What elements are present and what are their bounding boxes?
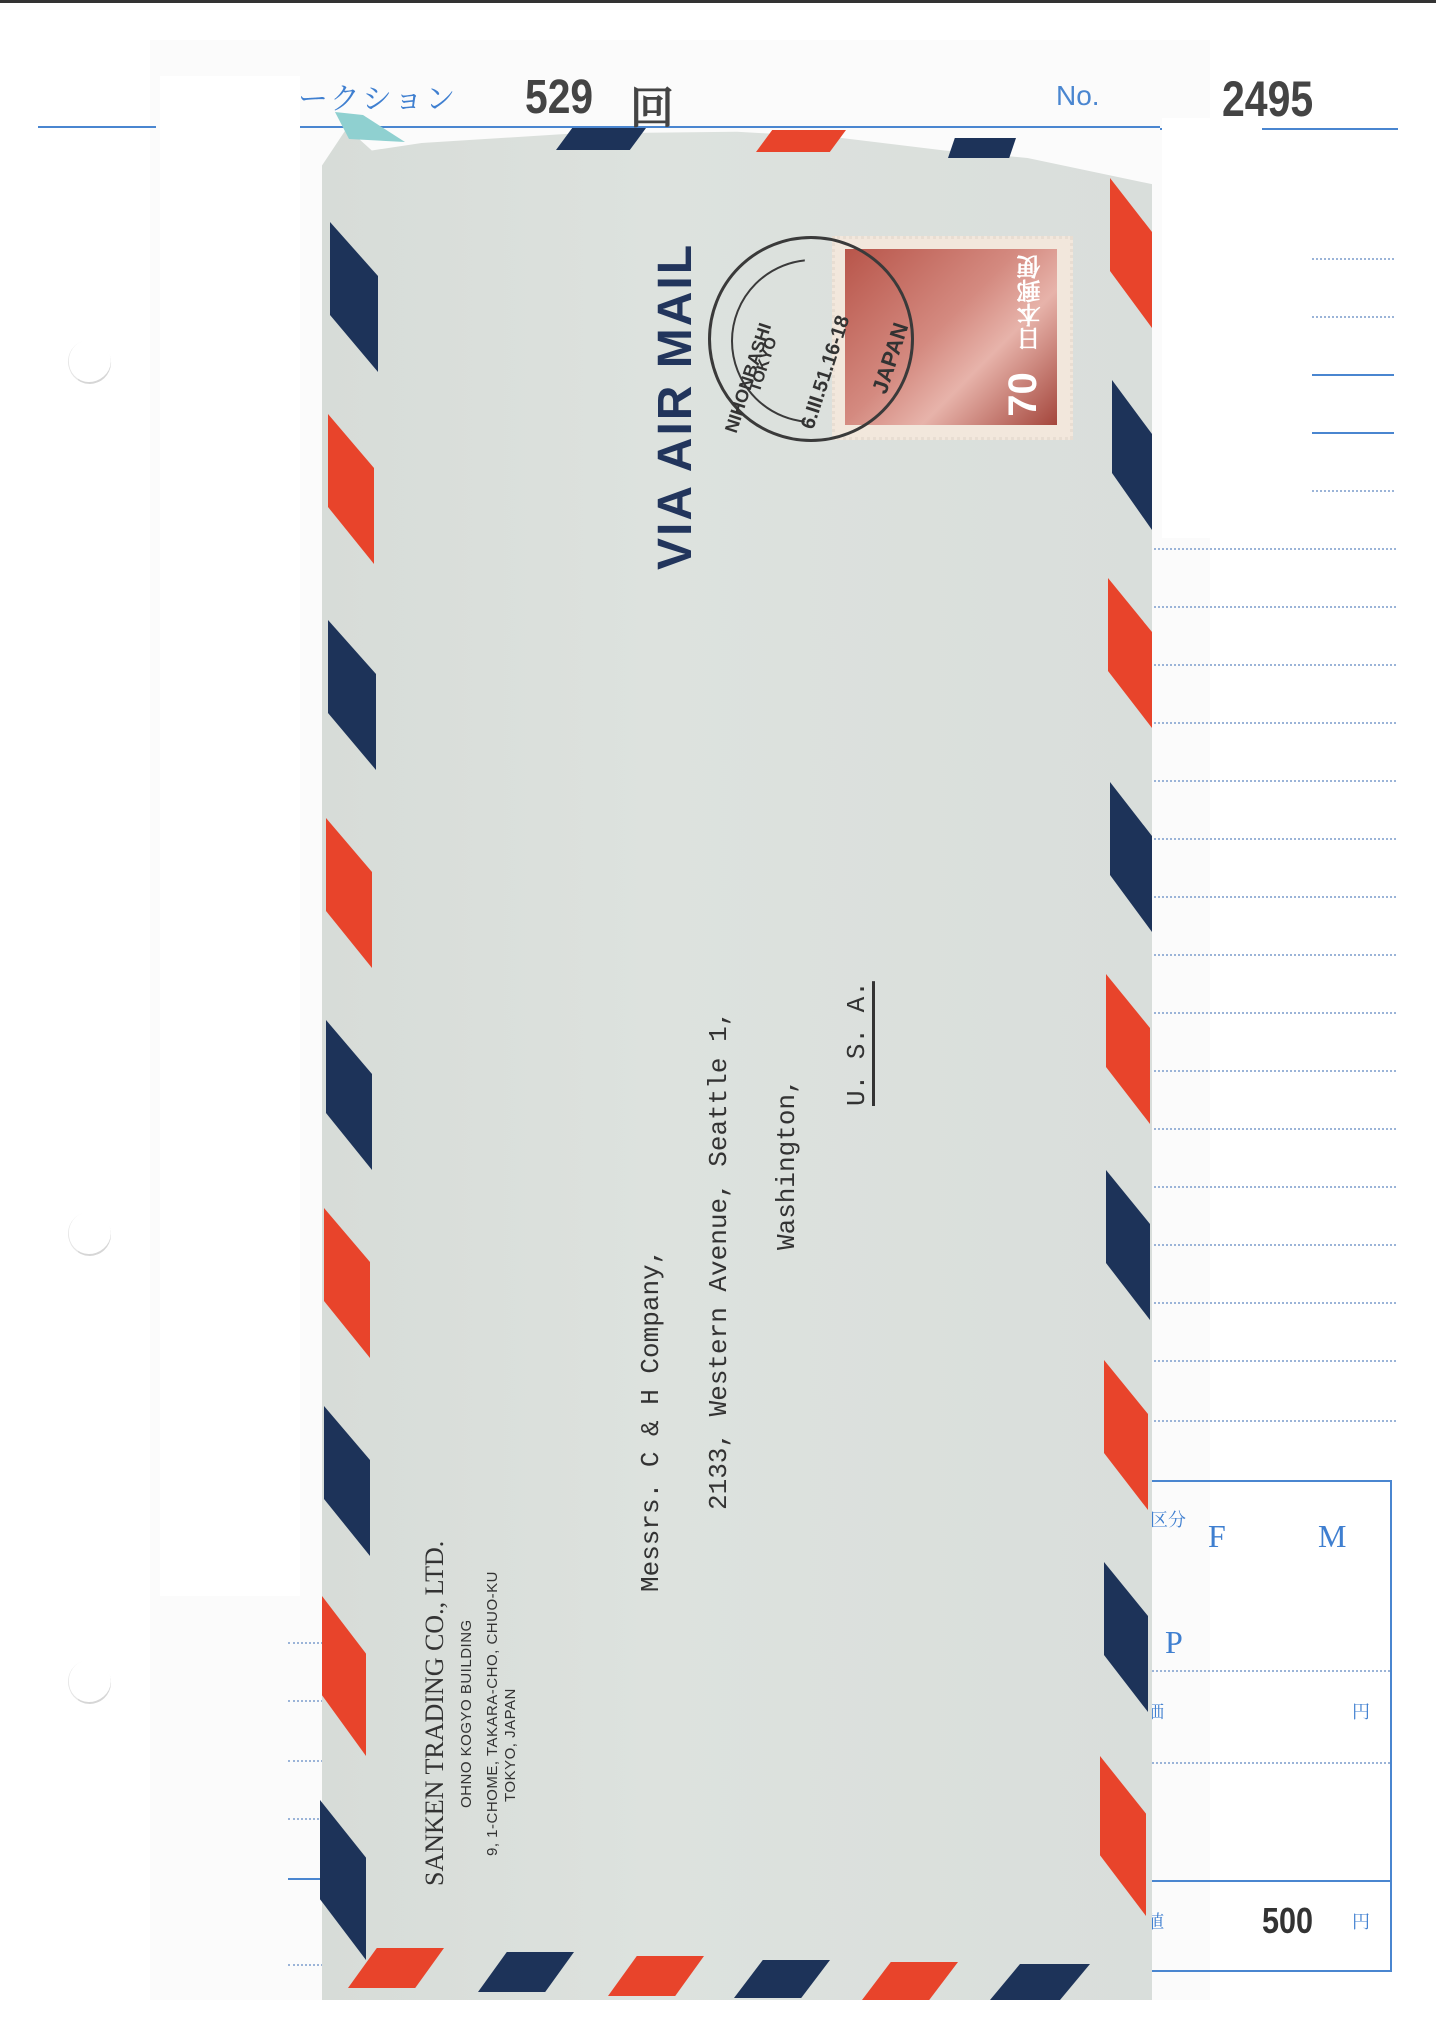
recipient-country: U. S. A. xyxy=(842,981,872,1106)
condition-option-f[interactable]: F xyxy=(1208,1518,1226,1555)
form-divider xyxy=(1145,1880,1390,1882)
sender-building: OHNO KOGYO BUILDING xyxy=(458,1619,475,1808)
grading-form xyxy=(1150,1480,1392,1972)
sender-name: SANKEN TRADING CO., LTD. xyxy=(420,1541,450,1886)
form-divider xyxy=(1145,1762,1390,1764)
condition-option-p[interactable]: P xyxy=(1165,1624,1183,1661)
estimate-value: 500 xyxy=(1262,1900,1313,1942)
header-rule-left xyxy=(38,126,156,128)
binder-hole xyxy=(62,1206,117,1262)
auction-number: 529 xyxy=(525,70,593,125)
stamp-country: 日本郵便 xyxy=(1014,255,1049,351)
postmark: NIHONBASHI TOKYO 6.III.51.16-18 JAPAN xyxy=(708,236,914,442)
price-yen-unit: 円 xyxy=(1352,1698,1370,1724)
recipient-line-3: Washington, xyxy=(772,1078,802,1250)
sender-address: 9, 1-CHOME, TAKARA-CHO, CHUO-KU xyxy=(484,1571,501,1856)
stamp-denomination: 70 xyxy=(1000,372,1045,417)
auction-unit: 回 xyxy=(630,72,674,136)
value-yen-unit: 円 xyxy=(1352,1908,1370,1934)
condition-option-m[interactable]: M xyxy=(1318,1518,1346,1555)
form-divider xyxy=(1145,1670,1390,1672)
paper-overlay-right xyxy=(1162,118,1262,538)
auction-title: ークション xyxy=(298,74,457,118)
recipient-line-2: 2133, Western Avenue, Seattle 1, xyxy=(704,1011,734,1510)
airmail-label: VIA AIR MAIL xyxy=(648,243,703,570)
category-label: 区分 xyxy=(1150,1506,1186,1532)
scan-top-edge xyxy=(0,0,1436,3)
postmark-date: 6.III.51.16-18 xyxy=(797,313,855,432)
header-rule xyxy=(300,126,1160,128)
binder-hole xyxy=(62,334,117,390)
sender-city: TOKYO, JAPAN xyxy=(502,1688,519,1802)
paper-overlay-left xyxy=(160,76,300,1596)
lot-no-label: No. xyxy=(1056,80,1100,112)
binder-hole xyxy=(62,1654,117,1710)
recipient-line-1: Messrs. C & H Company, xyxy=(636,1249,666,1592)
